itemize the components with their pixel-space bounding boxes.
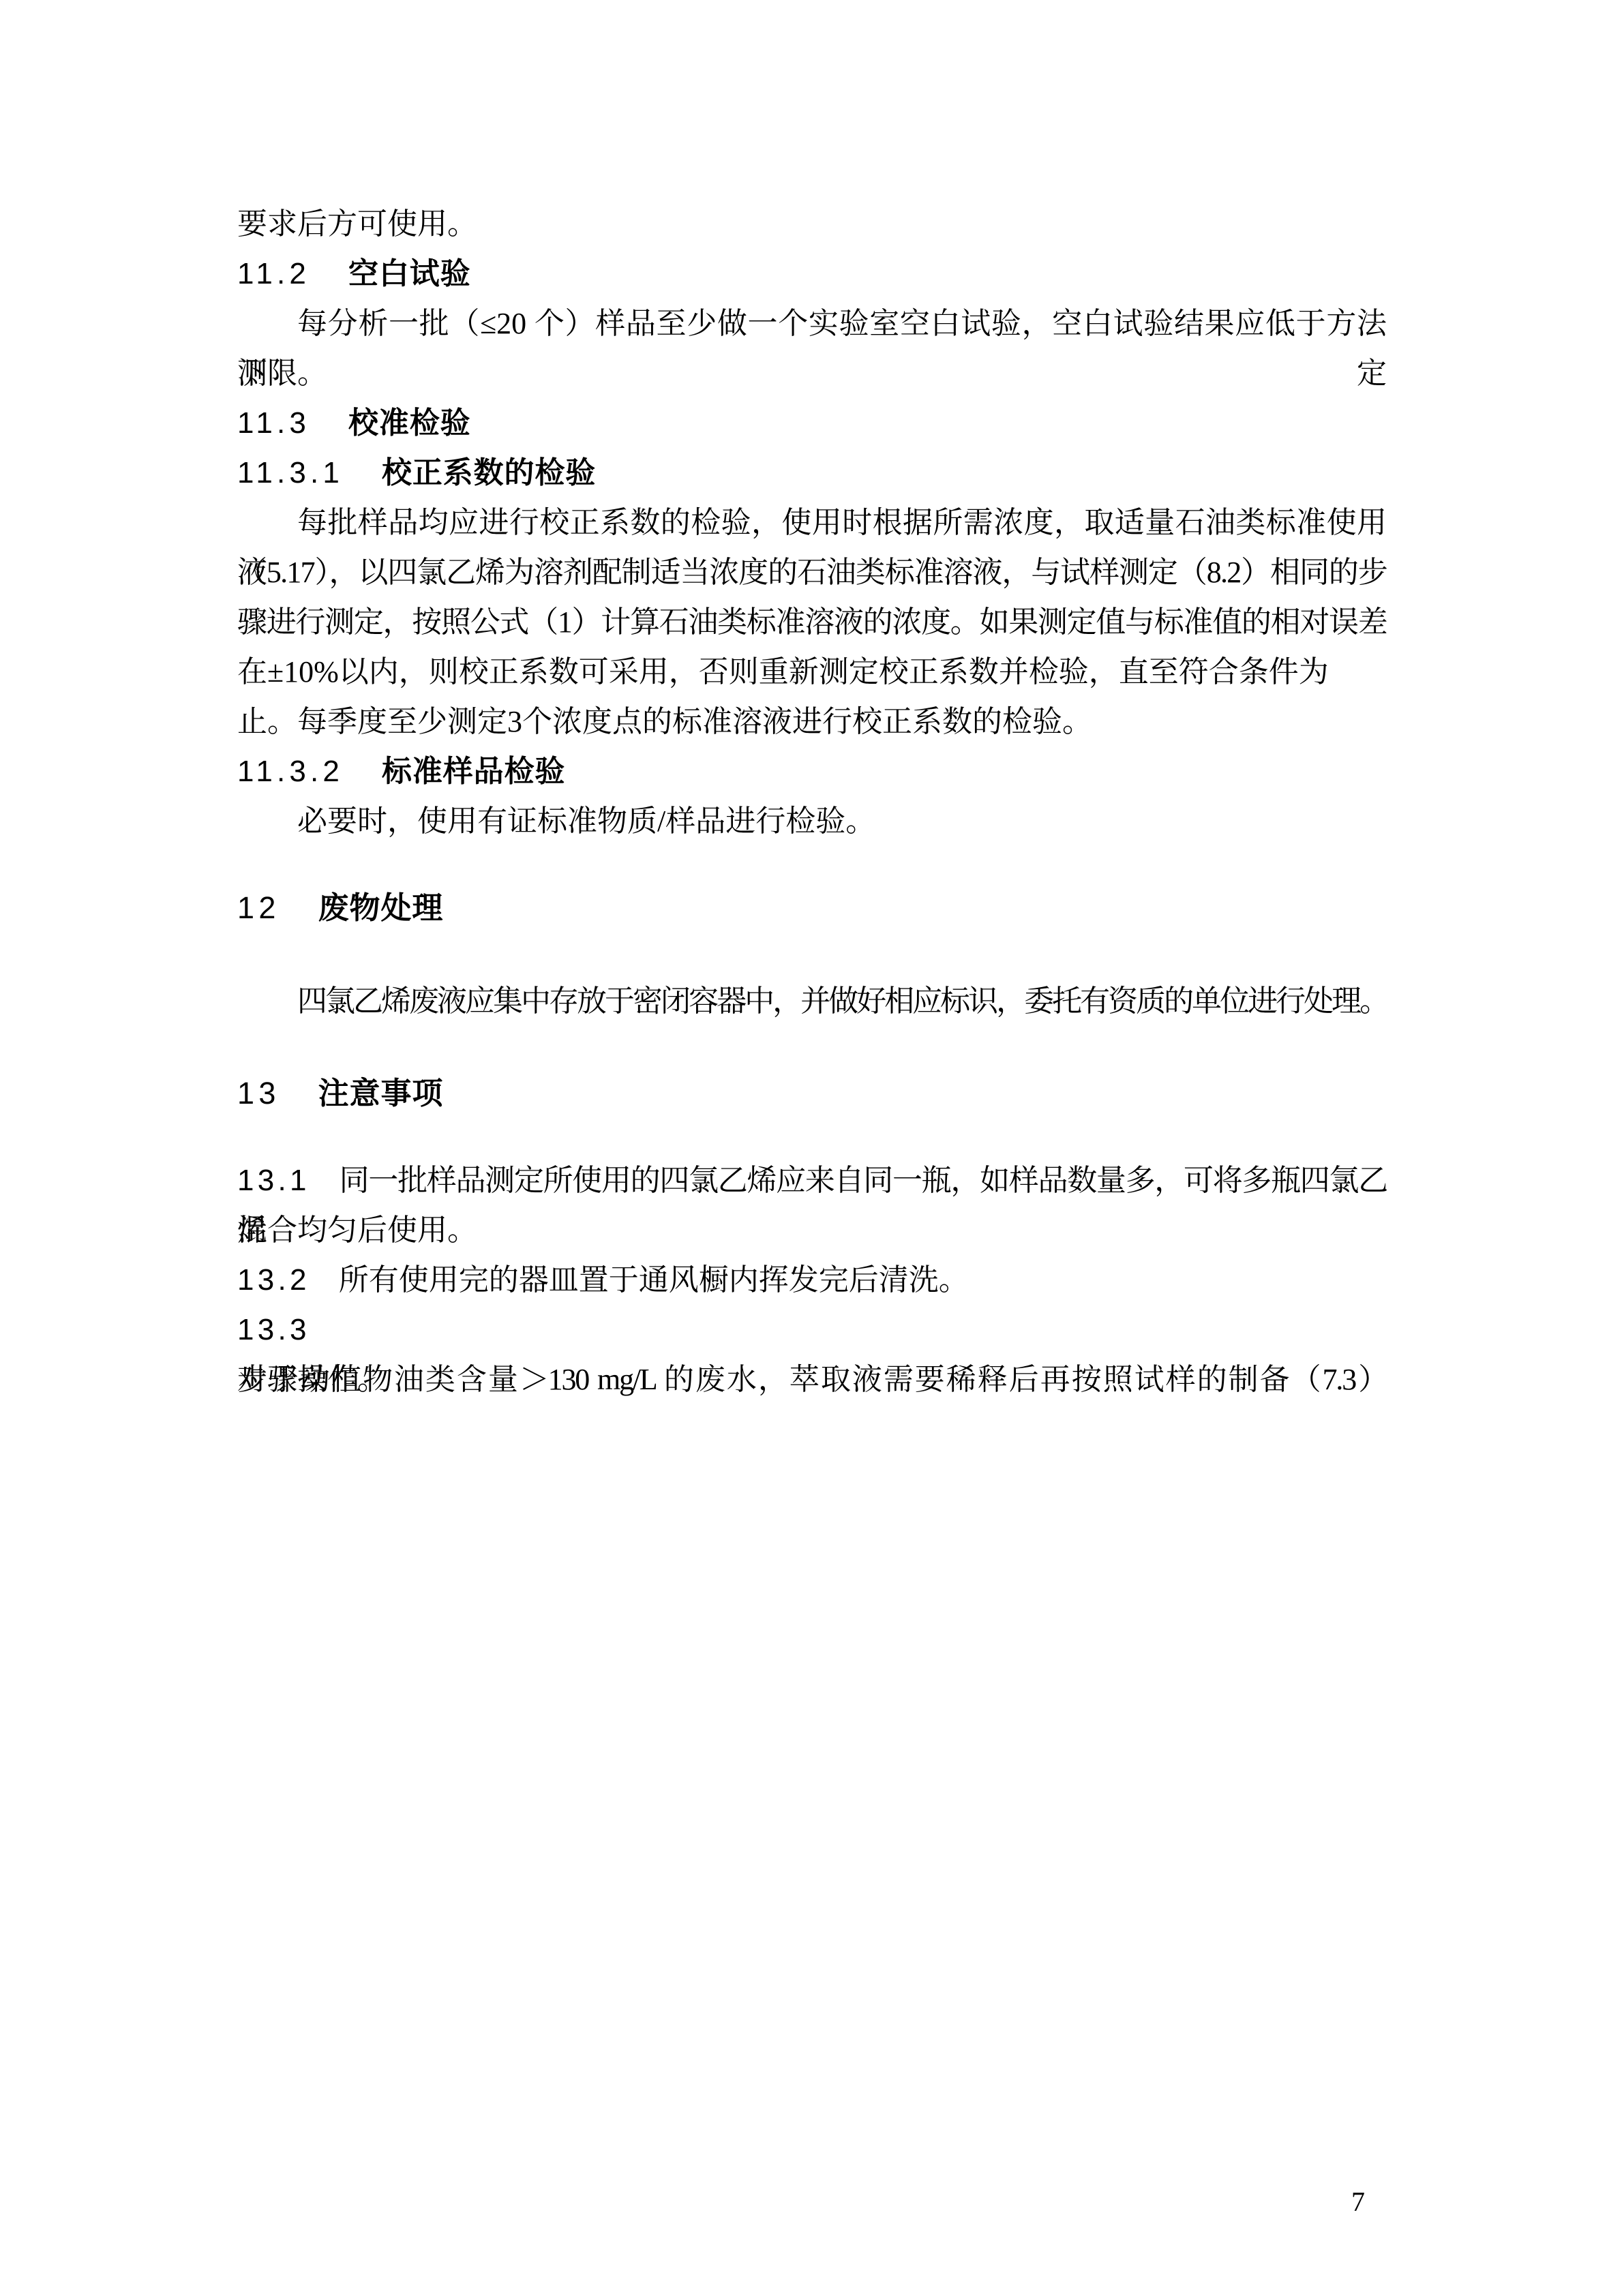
chapter-heading-13: 13注意事项 <box>237 1068 1387 1118</box>
clause-number: 11.3.1 <box>237 456 344 489</box>
body-line: 每季度至少测定3个浓度点的标准溶液进行校正系数的检验。 <box>237 697 1387 746</box>
item-number: 13.2 <box>237 1263 310 1297</box>
document-page: 要求后方可使用。 11.2空白试验 每分析一批（≤20 个）样品至少做一个实验室… <box>0 0 1624 2296</box>
item-text: 对于动植物油类含量＞130 mg/L 的废水，萃取液需要稀释后再按照试样的制备（… <box>237 1363 1387 1396</box>
chapter-number: 12 <box>237 890 280 925</box>
clause-heading-11-3-1: 11.3.1校正系数的检验 <box>237 448 1387 498</box>
body-line-continuation: 骤进行测定，按照公式（1）计算石油类标准溶液的浓度。如果测定值与标准值的相对误差 <box>237 597 1387 647</box>
clause-title: 空白试验 <box>348 257 471 290</box>
chapter-heading-12: 12废物处理 <box>237 883 1387 933</box>
clause-title: 校正系数的检验 <box>382 456 596 489</box>
chapter-title: 废物处理 <box>318 890 444 925</box>
numbered-item-line-13-1: 13.1同一批样品测定所使用的四氯乙烯应来自同一瓶，如样品数量多，可将多瓶四氯乙… <box>237 1155 1387 1205</box>
body-line-continuation: 要求后方可使用。 <box>237 199 1387 249</box>
body-line-continuation: 混合均匀后使用。 <box>237 1205 1387 1255</box>
body-line: 每分析一批（≤20 个）样品至少做一个实验室空白试验，空白试验结果应低于方法测定 <box>237 299 1387 348</box>
body-line-continuation: 在±10%以内，则校正系数可采用，否则重新测定校正系数并检验，直至符合条件为止。 <box>237 647 1387 697</box>
page-number: 7 <box>1309 2186 1365 2218</box>
clause-number: 11.2 <box>237 257 310 290</box>
clause-number: 11.3 <box>237 406 310 440</box>
clause-heading-11-3-2: 11.3.2标准样品检验 <box>237 746 1387 796</box>
clause-heading-11-2: 11.2空白试验 <box>237 249 1387 299</box>
page-content: 要求后方可使用。 11.2空白试验 每分析一批（≤20 个）样品至少做一个实验室… <box>237 199 1387 1404</box>
body-line-continuation: （5.17），以四氯乙烯为溶剂配制适当浓度的石油类标准溶液，与试样测定（8.2）… <box>237 547 1387 597</box>
numbered-item-line-13-3: 13.3对于动植物油类含量＞130 mg/L 的废水，萃取液需要稀释后再按照试样… <box>237 1305 1387 1355</box>
chapter-number: 13 <box>237 1076 280 1111</box>
body-line: 四氯乙烯废液应集中存放于密闭容器中，并做好相应标识，委托有资质的单位进行处理。 <box>237 976 1387 1026</box>
chapter-title: 注意事项 <box>318 1076 444 1111</box>
item-number: 13.3 <box>237 1313 310 1346</box>
numbered-item-line-13-2: 13.2所有使用完的器皿置于通风橱内挥发完后清洗。 <box>237 1255 1387 1305</box>
body-line: 必要时，使用有证标准物质/样品进行检验。 <box>237 796 1387 846</box>
body-line: 每批样品均应进行校正系数的检验，使用时根据所需浓度，取适量石油类标准使用液 <box>237 498 1387 547</box>
clause-title: 标准样品检验 <box>382 755 565 788</box>
item-number: 13.1 <box>237 1164 310 1197</box>
clause-heading-11-3: 11.3校准检验 <box>237 398 1387 448</box>
clause-number: 11.3.2 <box>237 755 344 788</box>
clause-title: 校准检验 <box>348 406 471 440</box>
item-text: 所有使用完的器皿置于通风橱内挥发完后清洗。 <box>339 1263 969 1297</box>
